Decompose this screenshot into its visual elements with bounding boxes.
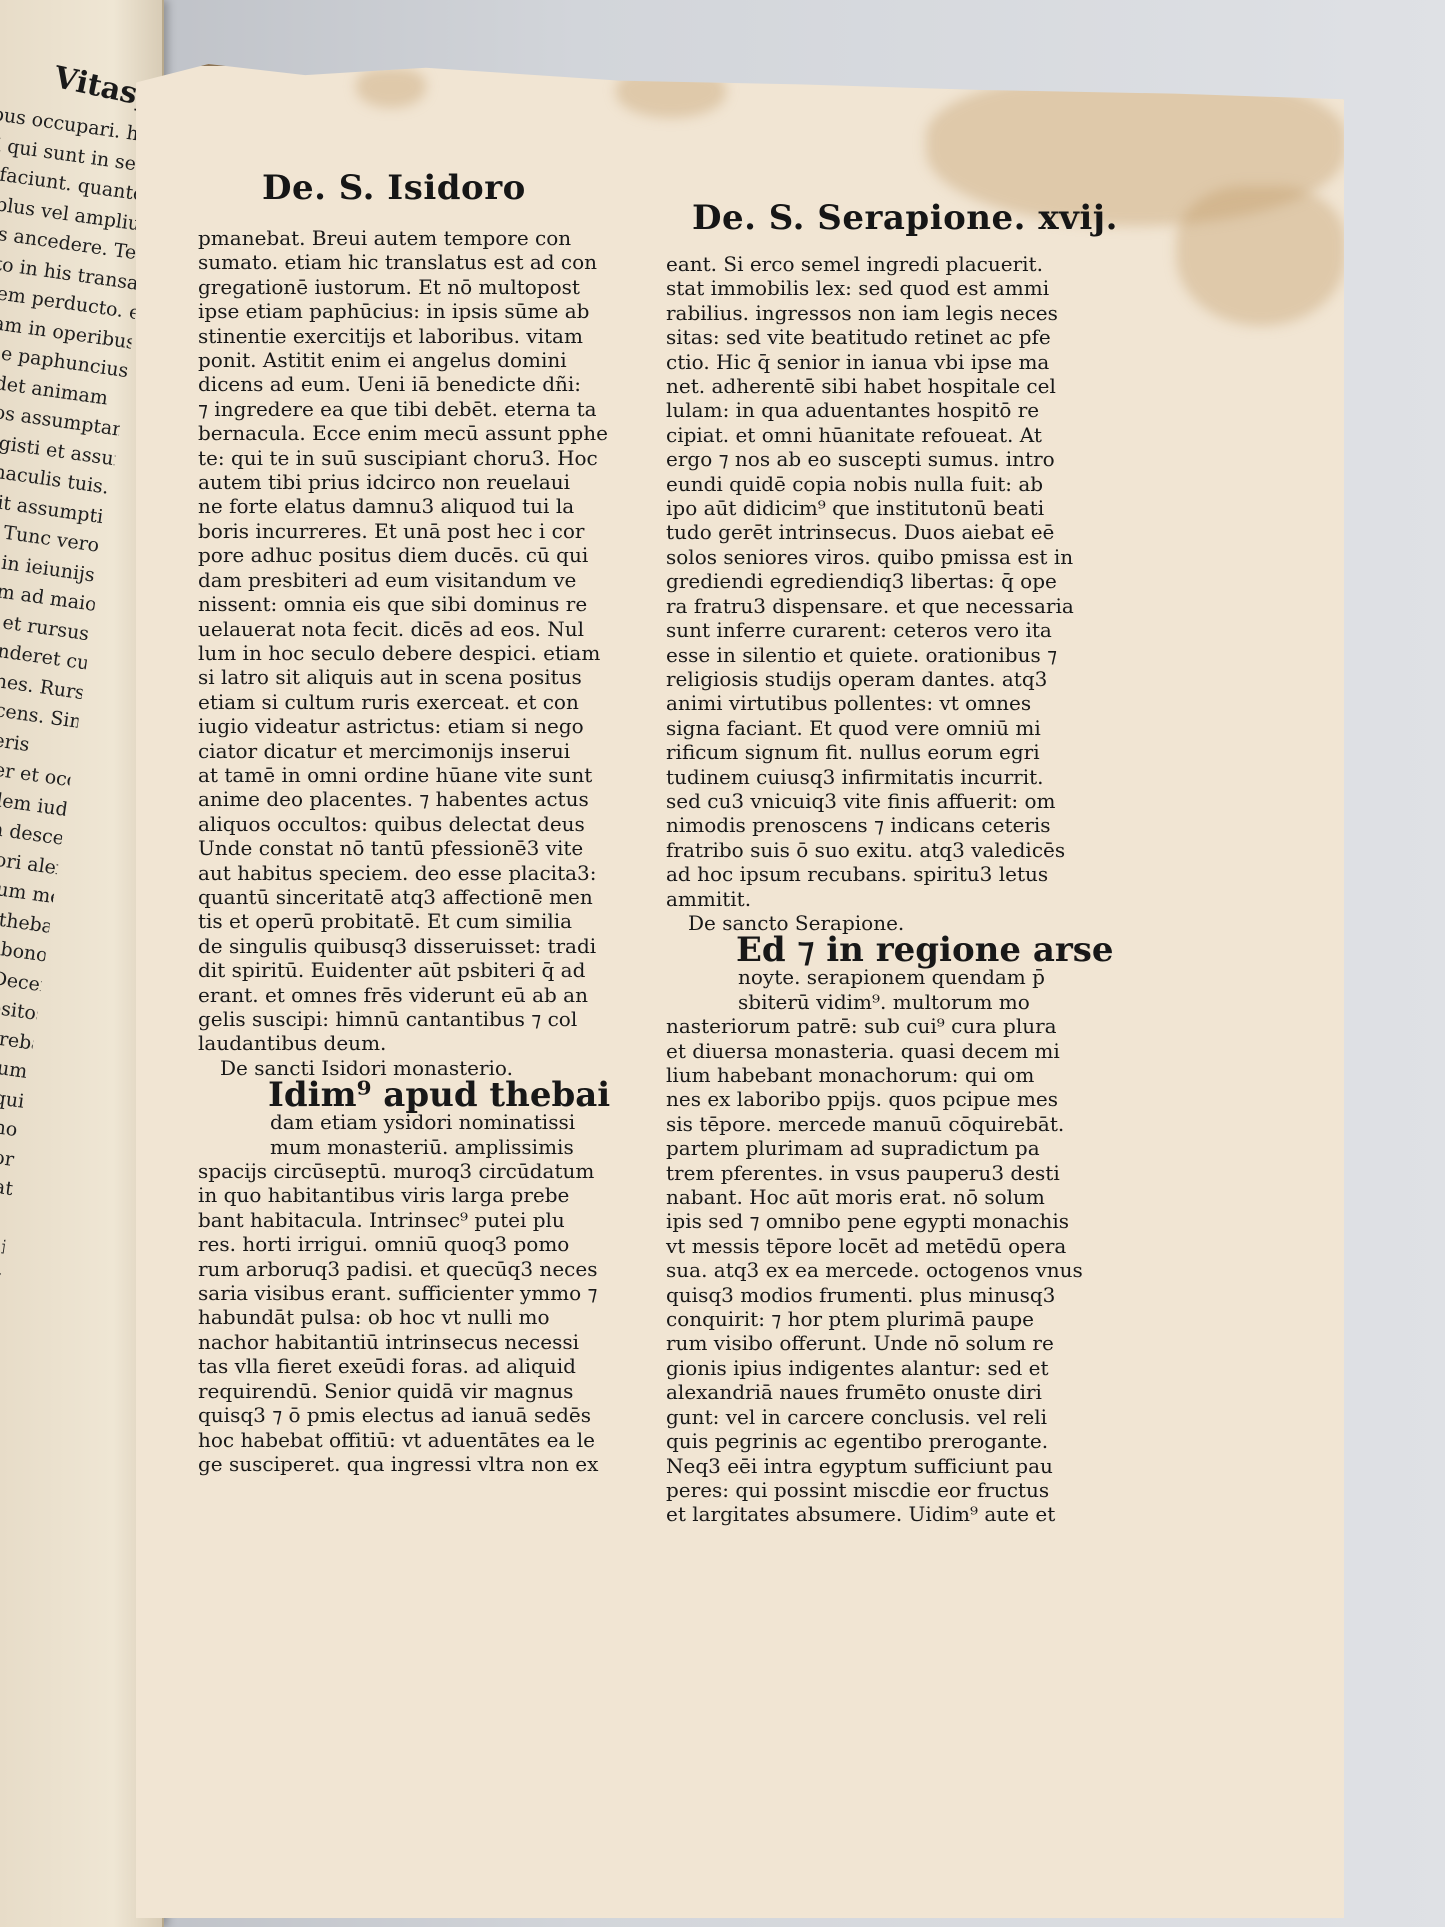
text-line: boris incurreres. Et unā post hec i cor — [198, 519, 618, 543]
text-line: sitas: sed vite beatitudo retinet ac pfe — [666, 325, 1086, 349]
text-line: sis tēpore. mercede manuū cōquirebāt. — [666, 1112, 1086, 1136]
text-line: animi virtutibus pollentes: vt omnes — [666, 691, 1086, 715]
text-line: solos seniores viros. quibo pmissa est i… — [666, 545, 1086, 569]
text-line: quis pegrinis ac egentibo prerogante. — [666, 1429, 1086, 1453]
right-column: eant. Si erco semel ingredi placuerit.st… — [666, 252, 1086, 1527]
text-line: Neq3 eēi intra egyptum sufficiunt pau — [666, 1454, 1086, 1478]
text-line: dit spiritū. Euidenter aūt psbiteri q̄ a… — [198, 958, 618, 982]
text-line: et largitates absumere. Uidim⁹ aute et — [666, 1502, 1086, 1526]
text-line: noyte. serapionem quendam p̄ — [666, 965, 1086, 989]
text-line: rabilius. ingressos non iam legis neces — [666, 301, 1086, 325]
text-line: rum visibo offerunt. Unde nō solum re — [666, 1331, 1086, 1355]
text-line: aliquos occultos: quibus delectat deus — [198, 812, 618, 836]
text-line: sed cu3 vnicuiq3 vite finis affuerit: om — [666, 789, 1086, 813]
text-line: vt messis tēpore locēt ad metēdū opera — [666, 1234, 1086, 1258]
text-line: dicens ad eum. Ueni iā benedicte dñi: — [198, 372, 618, 396]
text-line: dam presbiteri ad eum visitandum ve — [198, 568, 618, 592]
text-line: de singulis quibusq3 disseruisset: tradi — [198, 934, 618, 958]
text-line: ne forte elatus damnu3 aliquod tui la — [198, 494, 618, 518]
text-line: net. adherentē sibi habet hospitale cel — [666, 374, 1086, 398]
text-line: esse in silentio et quiete. orationibus … — [666, 643, 1086, 667]
text-line: gelis suscipi: himnū cantantibus ⁊ col — [198, 1007, 618, 1031]
text-line: religiosis studijs operam dantes. atq3 — [666, 667, 1086, 691]
text-line: sumato. etiam hic translatus est ad con — [198, 250, 618, 274]
text-line: tudinem cuiusq3 infirmitatis incurrit. — [666, 765, 1086, 789]
text-line: rificum signum fit. nullus eorum egri — [666, 740, 1086, 764]
initial-line: Ed ⁊ in regione arse — [666, 935, 1086, 965]
text-line: si latro sit aliquis aut in scena positu… — [198, 665, 618, 689]
text-line: lium habebant monachorum: qui om — [666, 1063, 1086, 1087]
text-line: tudo gerēt intrinsecus. Duos aiebat eē — [666, 520, 1086, 544]
text-line: ad hoc ipsum recubans. spiritu3 letus — [666, 862, 1086, 886]
text-line: erant. et omnes frēs viderunt eū ab an — [198, 983, 618, 1007]
text-line: conquirit: ⁊ hor ptem plurimā paupe — [666, 1307, 1086, 1331]
text-line: nimodis prenoscens ⁊ indicans ceteris — [666, 813, 1086, 837]
text-line: ipse etiam paphūcius: in ipsis sūme ab — [198, 299, 618, 323]
text-line: ponit. Astitit enim ei angelus domini — [198, 348, 618, 372]
text-line: eundi quidē copia nobis nulla fuit: ab — [666, 472, 1086, 496]
water-stain — [356, 68, 426, 108]
text-line: bernacula. Ecce enim mecū assunt pphe — [198, 421, 618, 445]
text-line: nissent: omnia eis que sibi dominus re — [198, 592, 618, 616]
text-line: gunt: vel in carcere conclusis. vel reli — [666, 1405, 1086, 1429]
text-line: ⁊ ingredere ea que tibi debēt. eterna ta — [198, 397, 618, 421]
text-line: tas vlla fieret exeūdi foras. ad aliquid — [198, 1354, 618, 1378]
text-line: gionis ipius indigentes alantur: sed et — [666, 1356, 1086, 1380]
water-stain — [1176, 186, 1346, 326]
text-line: grediendi egrediendiq3 libertas: q̄ ope — [666, 569, 1086, 593]
text-line: stinentie exercitijs et laboribus. vitam — [198, 324, 618, 348]
text-line: alexandriā naues frumēto onuste diri — [666, 1380, 1086, 1404]
text-line: hoc habebat offitiū: vt aduentātes ea le — [198, 1428, 618, 1452]
text-line: Unde constat nō tantū pfessionē3 vite — [198, 836, 618, 860]
text-line: saria visibus erant. sufficienter ymmo ⁊ — [198, 1281, 618, 1305]
text-line: nasteriorum patrē: sub cui⁹ cura plura — [666, 1014, 1086, 1038]
text-line: sbiterū vidim⁹. multorum mo — [666, 990, 1086, 1014]
text-line: nabant. Hoc aūt moris erat. nō solum — [666, 1185, 1086, 1209]
text-line: requirendū. Senior quidā vir magnus — [198, 1379, 618, 1403]
text-line: rum arboruq3 padisi. et quecūq3 neces — [198, 1257, 618, 1281]
text-line: gregationē iustorum. Et nō multopost — [198, 275, 618, 299]
text-line: aut habitus speciem. deo esse placita3: — [198, 861, 618, 885]
text-line: res. horti irrigui. omniū quoq3 pomo — [198, 1232, 618, 1256]
text-line: bant habitacula. Intrinsec⁹ putei plu — [198, 1208, 618, 1232]
text-line: autem tibi prius idcirco non reuelaui — [198, 470, 618, 494]
text-line: eant. Si erco semel ingredi placuerit. — [666, 252, 1086, 276]
text-line: ammitit. — [666, 887, 1086, 911]
text-line: at tamē in omni ordine hūane vite sunt — [198, 763, 618, 787]
text-line: lulam: in qua aduentantes hospitō re — [666, 398, 1086, 422]
text-line: signa faciant. Et quod vere omniū mi — [666, 716, 1086, 740]
text-line: fratribo suis ō suo exitu. atq3 valedicē… — [666, 838, 1086, 862]
text-line: ciator dicatur et mercimonijs inserui — [198, 739, 618, 763]
text-line: quisq3 ⁊ ō pmis electus ad ianuā sedēs — [198, 1403, 618, 1427]
text-line: in quo habitantibus viris larga prebe — [198, 1183, 618, 1207]
text-line: etiam si cultum ruris exerceat. et con — [198, 690, 618, 714]
running-head-left: De. S. Isidoro — [262, 168, 526, 208]
text-line: lum in hoc seculo debere despici. etiam — [198, 641, 618, 665]
text-line: ra fratru3 dispensare. et que necessaria — [666, 594, 1086, 618]
text-line: stat immobilis lex: sed quod est ammi — [666, 276, 1086, 300]
text-line: pmanebat. Breui autem tempore con — [198, 226, 618, 250]
text-line: ipis sed ⁊ omnibo pene egypti monachis — [666, 1209, 1086, 1233]
text-line: quisq3 modios frumenti. plus minusq3 — [666, 1283, 1086, 1307]
text-line: te: qui te in suū suscipiant choru3. Hoc — [198, 446, 618, 470]
recto-page: De. S. Isidoro De. S. Serapione. xvij. p… — [136, 64, 1344, 1918]
text-line: ergo ⁊ nos ab eo suscepti sumus. intro — [666, 447, 1086, 471]
text-line: et diuersa monasteria. quasi decem mi — [666, 1039, 1086, 1063]
text-line: mum monasteriū. amplissimis — [198, 1135, 618, 1159]
text-line: peres: qui possint miscdie eor fructus — [666, 1478, 1086, 1502]
text-line: habundāt pulsa: ob hoc vt nulli mo — [198, 1305, 618, 1329]
left-column: pmanebat. Breui autem tempore consumato.… — [198, 226, 618, 1476]
text-line: spacijs circūseptū. muroq3 circūdatum — [198, 1159, 618, 1183]
text-line: laudantibus deum. — [198, 1031, 618, 1055]
text-line: sunt inferre curarent: ceteros vero ita — [666, 618, 1086, 642]
text-line: cipiat. et omni hūanitate refoueat. At — [666, 423, 1086, 447]
text-line: uelauerat nota fecit. dicēs ad eos. Nul — [198, 617, 618, 641]
text-line: ge susciperet. qua ingressi vltra non ex — [198, 1452, 618, 1476]
text-line: iugio videatur astrictus: etiam si nego — [198, 714, 618, 738]
text-line: anime deo placentes. ⁊ habentes actus — [198, 787, 618, 811]
initial-line: Idim⁹ apud thebai — [198, 1080, 618, 1110]
text-line: dam etiam ysidori nominatissi — [198, 1110, 618, 1134]
text-line: nachor habitantiū intrinsecus necessi — [198, 1330, 618, 1354]
text-line: partem plurimam ad supradictum pa — [666, 1136, 1086, 1160]
text-line: trem pferentes. in vsus pauperu3 desti — [666, 1161, 1086, 1185]
text-line: ctio. Hic q̄ senior in ianua vbi ipse ma — [666, 350, 1086, 374]
text-line: ipo aūt didicim⁹ que institutonū beati — [666, 496, 1086, 520]
text-line: sua. atq3 ex ea mercede. octogenos vnus — [666, 1258, 1086, 1282]
text-line: pore adhuc positus diem ducēs. cū qui — [198, 543, 618, 567]
running-head-right: De. S. Serapione. xvij. — [692, 198, 1118, 238]
text-line: nes ex laboribo ppijs. quos pcipue mes — [666, 1087, 1086, 1111]
text-line: tis et operū probitatē. Et cum similia — [198, 909, 618, 933]
text-line: quantū sinceritatē atq3 affectionē men — [198, 885, 618, 909]
